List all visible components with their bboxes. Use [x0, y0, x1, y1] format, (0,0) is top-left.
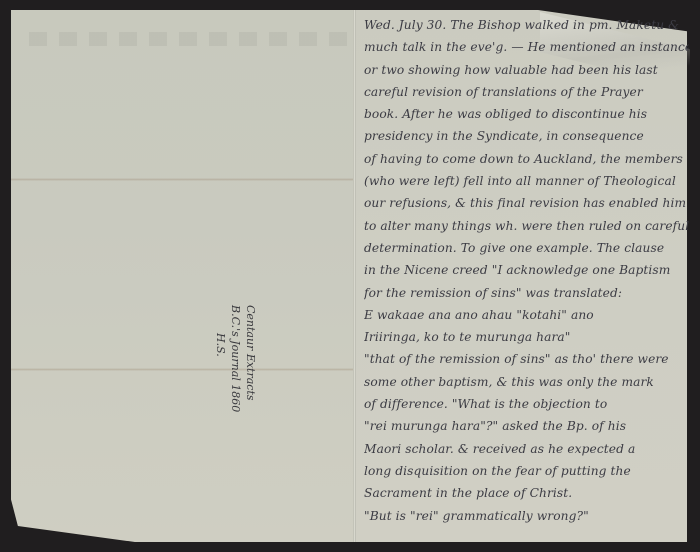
text-line: "that of the remission of sins" as tho' … [364, 348, 689, 370]
text-line: for the remission of sins" was translate… [364, 282, 689, 304]
text-line: "But is "rei" grammatically wrong?" [364, 505, 689, 527]
text-line: or two showing how valuable had been his… [364, 59, 689, 81]
text-line: of having to come down to Auckland, the … [364, 148, 689, 170]
text-line: determination. To give one example. The … [364, 237, 689, 259]
text-line: Wed. July 30. The Bishop walked in pm. M… [364, 14, 689, 36]
text-line: some other baptism, & this was only the … [364, 371, 689, 393]
left-page [11, 10, 355, 542]
text-line: of difference. "What is the objection to [364, 393, 689, 415]
text-line: in the Nicene creed "I acknowledge one B… [364, 259, 689, 281]
horizontal-fold-lower [11, 368, 355, 371]
text-line: Maori scholar. & received as he expected… [364, 438, 689, 460]
text-line: presidency in the Syndicate, in conseque… [364, 125, 689, 147]
text-line: Iriiringa, ko to te murunga hara" [364, 326, 689, 348]
archival-annotation: Centaur Extracts B.C.'s Journal 1860 H.S… [213, 305, 258, 505]
annotation-line: H.S. [213, 305, 228, 505]
text-line: to alter many things wh. were then ruled… [364, 215, 689, 237]
text-line: book. After he was obliged to discontinu… [364, 103, 689, 125]
center-fold [353, 10, 356, 542]
journal-text: Wed. July 30. The Bishop walked in pm. M… [364, 14, 689, 527]
text-line: much talk in the eve'g. — He mentioned a… [364, 36, 689, 58]
horizontal-fold-upper [11, 178, 355, 181]
text-line: E wakaae ana ano ahau "kotahi" ano [364, 304, 689, 326]
faint-bleed-through-text [29, 32, 349, 46]
annotation-line: Centaur Extracts [243, 305, 258, 505]
text-line: our refusions, & this final revision has… [364, 192, 689, 214]
annotation-line: B.C.'s Journal 1860 [228, 305, 243, 505]
text-line: Sacrament in the place of Christ. [364, 482, 689, 504]
text-line: careful revision of translations of the … [364, 81, 689, 103]
manuscript-scan: Centaur Extracts B.C.'s Journal 1860 H.S… [0, 0, 700, 552]
text-line: (who were left) fell into all manner of … [364, 170, 689, 192]
text-line: "rei murunga hara"?" asked the Bp. of hi… [364, 415, 689, 437]
text-line: long disquisition on the fear of putting… [364, 460, 689, 482]
